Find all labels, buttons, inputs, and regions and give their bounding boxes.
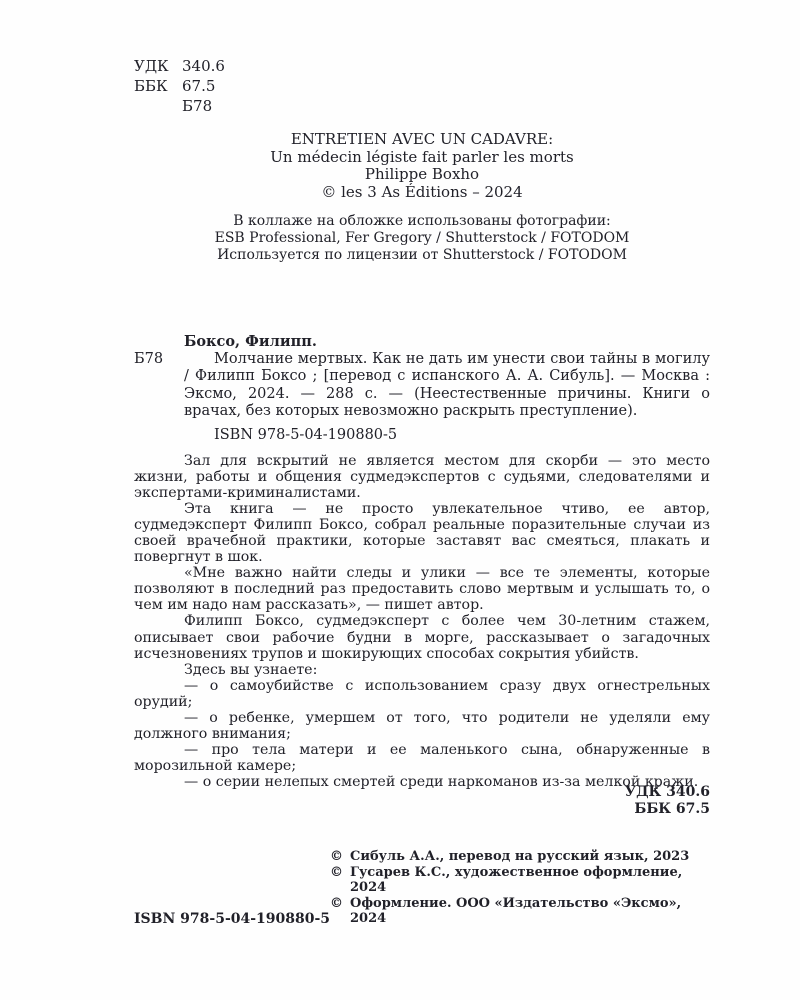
original-subtitle: Un médecin légiste fait parler les morts (134, 149, 710, 167)
credits-line: В коллаже на обложке использованы фотогр… (134, 213, 710, 230)
copyright-symbol: © (330, 865, 350, 896)
copyright-text: Гусарев К.С., художественное оформление,… (350, 865, 682, 896)
annotation-bullet: — о самоубийстве с использованием сразу … (134, 678, 710, 710)
annotation-paragraph: Эта книга — не просто увлекательное чтив… (134, 501, 710, 565)
copyright-block: © Сибуль А.А., перевод на русский язык, … (330, 849, 712, 927)
top-classification-codes: УДК 340.6 ББК 67.5 Б78 (134, 56, 225, 116)
annotation-bullet: — о ребенке, умершем от того, что родите… (134, 710, 710, 742)
copyright-entry: © Гусарев К.С., художественное оформлени… (330, 865, 712, 896)
udk-value: 340.6 (182, 56, 225, 76)
copyright-entry: © Оформление. ООО «Издательство «Эксмо»,… (330, 896, 712, 927)
bottom-isbn: ISBN 978-5-04-190880-5 (134, 911, 330, 927)
original-title: ENTRETIEN AVEC UN CADAVRE: (134, 131, 710, 149)
annotation-intro-line: Здесь вы узнаете: (134, 662, 710, 678)
original-title-block: ENTRETIEN AVEC UN CADAVRE: Un médecin lé… (134, 131, 710, 201)
original-author: Philippe Boxho (134, 166, 710, 184)
bbk-value: 67.5 (182, 76, 215, 96)
catalog-description: Молчание мертвых. Как не дать им унести … (184, 351, 710, 421)
original-copyright: © les 3 As Éditions – 2024 (134, 184, 710, 202)
bottom-udk: УДК 340.6 (625, 784, 710, 801)
copyright-entry: © Сибуль А.А., перевод на русский язык, … (330, 849, 712, 865)
bbk-label: ББК (134, 76, 182, 96)
udk-code-row: УДК 340.6 (134, 56, 225, 76)
bottom-classification-codes: УДК 340.6 ББК 67.5 (625, 784, 710, 818)
credits-line: Используется по лицензии от Shutterstock… (134, 247, 710, 264)
catalog-author: Боксо, Филипп. (184, 333, 710, 351)
bbk-code-row: ББК 67.5 (134, 76, 225, 96)
udk-label: УДК (134, 56, 182, 76)
annotation-paragraph: Зал для вскрытий не является местом для … (134, 453, 710, 501)
catalog-isbn: ISBN 978-5-04-190880-5 (214, 427, 710, 444)
bottom-bbk: ББК 67.5 (625, 801, 710, 818)
annotation-paragraph: «Мне важно найти следы и улики — все те … (134, 565, 710, 613)
book-imprint-page: УДК 340.6 ББК 67.5 Б78 ENTRETIEN AVEC UN… (0, 0, 800, 1000)
copyright-symbol: © (330, 896, 350, 927)
catalog-margin-code: Б78 (134, 351, 163, 367)
author-sign-code: Б78 (134, 96, 225, 116)
annotation-bullet: — о серии нелепых смертей среди наркоман… (134, 774, 710, 790)
copyright-text: Сибуль А.А., перевод на русский язык, 20… (350, 849, 689, 865)
annotation-bullet: — про тела матери и ее маленького сына, … (134, 742, 710, 774)
catalog-card: Б78 Боксо, Филипп. Молчание мертвых. Как… (134, 333, 710, 444)
annotation-paragraph: Филипп Боксо, судмедэксперт с более чем … (134, 613, 710, 661)
annotation-block: Зал для вскрытий не является местом для … (134, 453, 710, 791)
main-text-column: Б78 Боксо, Филипп. Молчание мертвых. Как… (134, 333, 710, 790)
credits-line: ESB Professional, Fer Gregory / Shutters… (134, 230, 710, 247)
copyright-symbol: © (330, 849, 350, 865)
copyright-text: Оформление. ООО «Издательство «Эксмо», 2… (350, 896, 681, 927)
photo-credits-block: В коллаже на обложке использованы фотогр… (134, 213, 710, 264)
